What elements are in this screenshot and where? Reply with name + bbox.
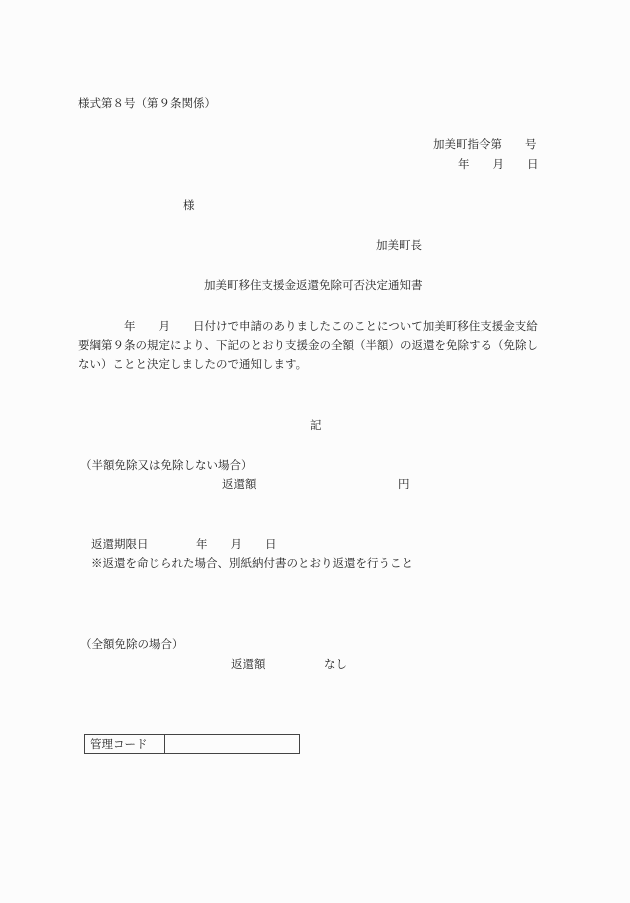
partial-amount-label: 返還額 (222, 477, 257, 491)
full-amount-label: 返還額 (231, 657, 266, 671)
body-line-1: 年 月 日付けで申請のありましたこのことについて加美町移住支援金支給 (78, 319, 538, 333)
body-line-3: ない）ことと決定しましたので通知します。 (78, 357, 307, 371)
full-exemption-heading: （全額免除の場合） (80, 637, 184, 651)
repayment-note: ※返還を命じられた場合、別紙納付書のとおり返還を行うこと (91, 556, 413, 570)
document-number: 加美町指令第 号 (433, 137, 537, 151)
form-number: 様式第８号（第９条関係） (78, 96, 216, 110)
document-title: 加美町移住支援金返還免除可否決定通知書 (204, 278, 423, 292)
ki-heading: 記 (310, 418, 322, 432)
full-amount-value: なし (324, 657, 347, 671)
body-line-2: 要綱第９条の規定により、下記のとおり支援金の全額（半額）の返還を免除する（免除し (78, 338, 538, 352)
deadline-label: 返還期限日 (91, 537, 149, 551)
partial-exemption-heading: （半額免除又は免除しない場合） (80, 458, 253, 472)
partial-amount-unit: 円 (398, 477, 410, 491)
recipient-suffix: 様 (183, 198, 195, 212)
issue-date: 年 月 日 (458, 157, 539, 171)
deadline-date: 年 月 日 (196, 537, 277, 551)
sender-name: 加美町長 (376, 238, 422, 252)
management-code-field[interactable] (165, 735, 299, 753)
management-code-table: 管理コード (84, 734, 300, 754)
management-code-label: 管理コード (85, 735, 165, 753)
